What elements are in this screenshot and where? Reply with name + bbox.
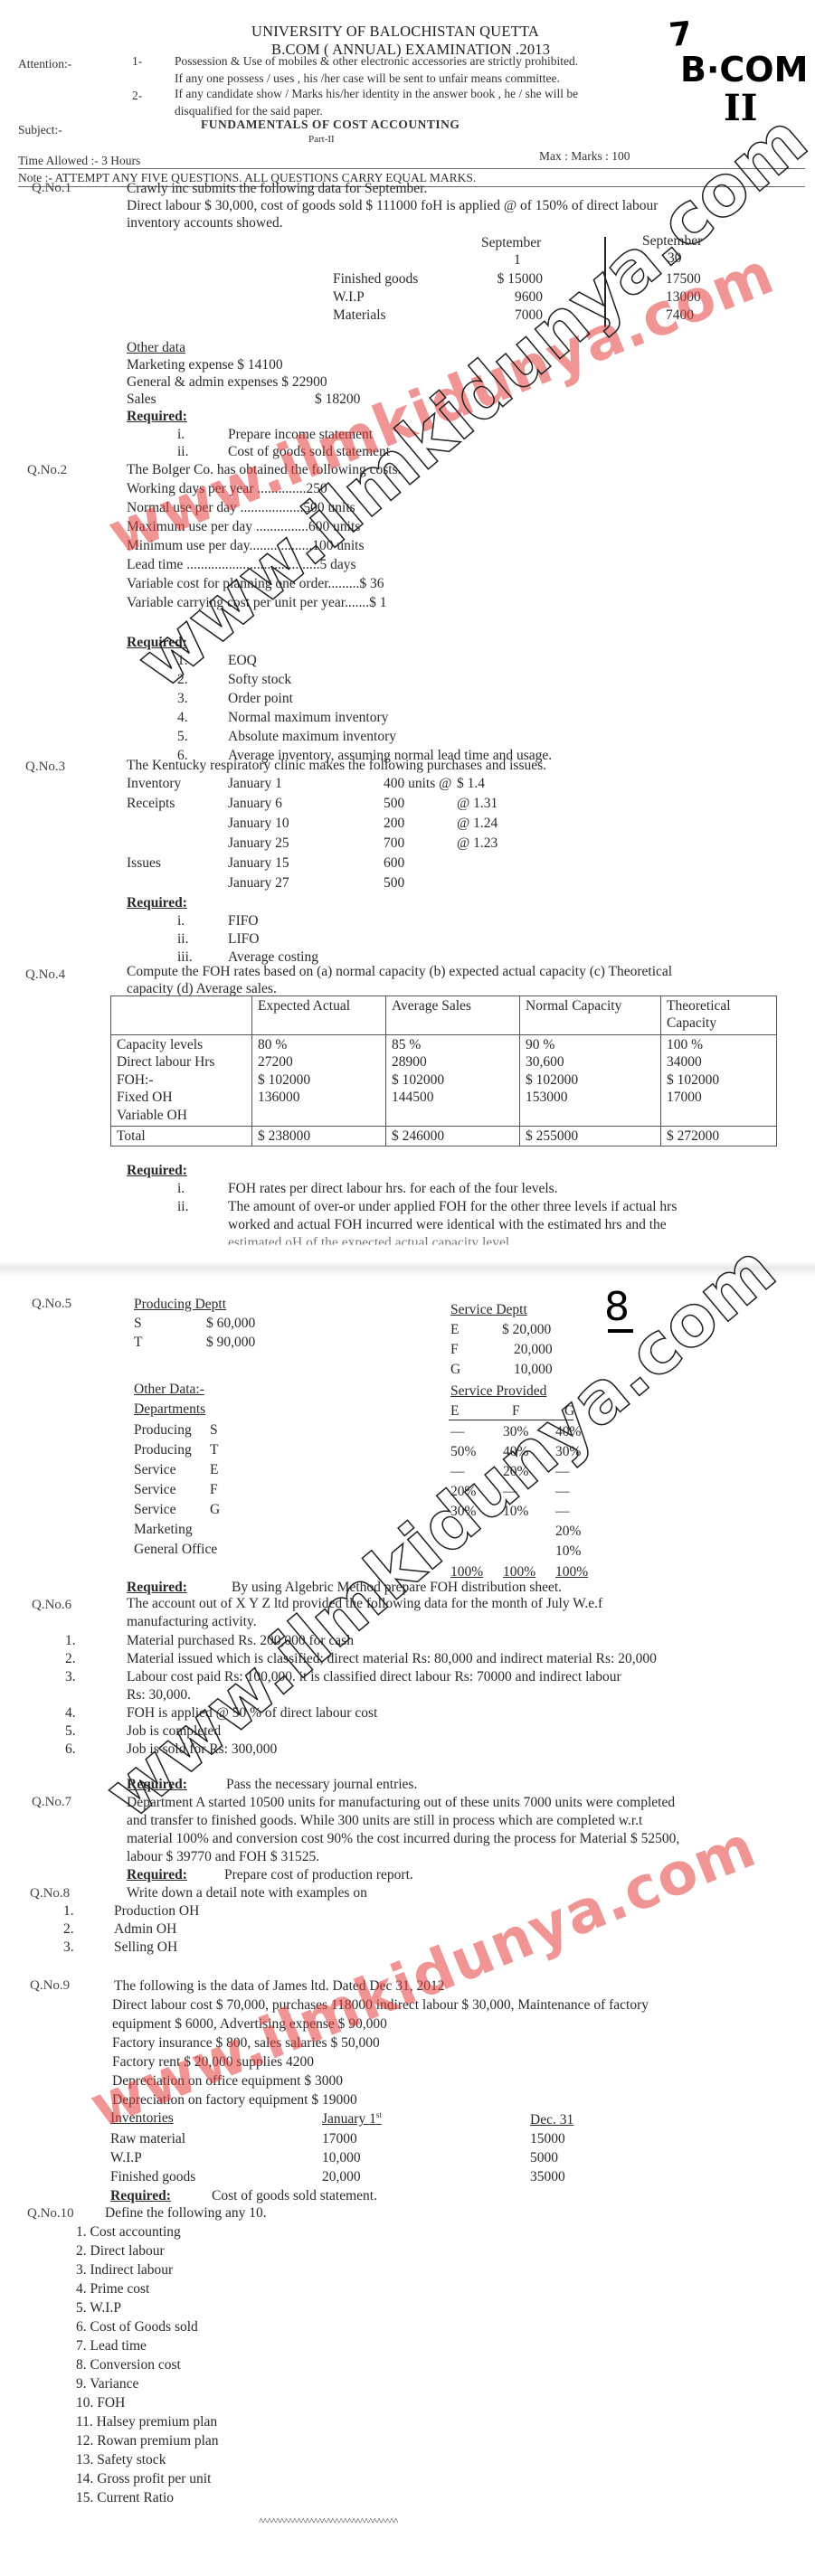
attention-label: Attention:- (18, 57, 71, 71)
q2-label: Q.No.2 (27, 463, 67, 478)
q2-req-num: 5. (177, 729, 188, 745)
q1-other-2: General & admin expenses $ 22900 (127, 374, 327, 391)
q8-label: Q.No.8 (30, 1886, 70, 1901)
q4-total-expected-actual: $ 238000 (252, 1127, 386, 1146)
q9-inv-jan: 17000 (322, 2131, 357, 2147)
q10-term: 3. Indirect labour (76, 2262, 173, 2279)
q4-cell: 34000 (667, 1053, 771, 1071)
q4-req-2-num: ii. (177, 1199, 189, 1215)
q8-item: Selling OH (114, 1939, 177, 1956)
q4-header-average-sales: Average Sales (386, 996, 520, 1035)
q2-req-item: Absolute maximum inventory (228, 729, 396, 745)
q5-service-f-value: 20,000 (514, 1342, 553, 1358)
q3-row-rate: $ 1.4 (457, 776, 485, 792)
attention-1-line-2: If any one possess / uses , his /her cas… (175, 71, 560, 86)
q1-row-label: Materials (333, 307, 386, 324)
q3-row-date: January 6 (228, 796, 282, 812)
q5-provided-cell: — (450, 1424, 465, 1440)
q4-cell: $ 102000 (526, 1071, 655, 1089)
q4-req-2-line-1: The amount of over-or under applied FOH … (228, 1199, 677, 1215)
q5-departments-title: Departments (134, 1401, 205, 1418)
q1-col1-head-2: 1 (514, 252, 521, 269)
q5-provided-cell: 10% (555, 1543, 581, 1560)
q5-producing-t-dept: T (134, 1335, 142, 1351)
q9-required-text: Cost of goods sold statement. (212, 2188, 377, 2204)
q10-term: 11. Halsey premium plan (76, 2414, 217, 2430)
paper-part: Part-II (308, 134, 335, 146)
q3-req-item: FIFO (228, 913, 259, 929)
q4-cell: 85 % (392, 1036, 514, 1053)
q1-row-sep1: $ 15000 (470, 271, 543, 288)
q5-required: Required: (127, 1580, 187, 1596)
q3-row-type: Receipts (127, 796, 175, 812)
q5-provided-total: 100% (555, 1564, 588, 1581)
q3-req-num: ii. (177, 931, 189, 948)
q4-cell: 153000 (526, 1089, 655, 1106)
q4-col-expected-actual: 80 %27200$ 102000136000 (252, 1035, 386, 1127)
q4-cell: 27200 (258, 1053, 380, 1071)
q6-item-num: 3. (65, 1669, 76, 1685)
q4-req-1: FOH rates per direct labour hrs. for eac… (228, 1181, 558, 1197)
q4-req-2-line-3: estimated oH of the expected actual capa… (228, 1235, 513, 1251)
q10-term: 13. Safety stock (76, 2452, 166, 2468)
subject-label: Subject:- (18, 123, 62, 137)
q3-row-type: Issues (127, 855, 161, 872)
q4-header-empty (111, 996, 252, 1035)
q5-dept-name: Service (134, 1462, 175, 1478)
q4-total-theoretical-capacity: $ 272000 (661, 1127, 777, 1146)
q3-row-rate: @ 1.23 (457, 835, 498, 852)
q7-required-text: Prepare cost of production report. (224, 1867, 413, 1883)
max-marks: Max : Marks : 100 (539, 149, 630, 164)
q3-row-date: January 1 (228, 776, 282, 792)
q6-item-num: 5. (65, 1723, 76, 1740)
q4-col-normal-capacity: 90 %30,600$ 102000153000 (520, 1035, 661, 1127)
q3-req-num: i. (177, 913, 185, 929)
q1-req-2-num: ii. (177, 444, 189, 460)
q10-term: 14. Gross profit per unit (76, 2471, 211, 2487)
exam-paper-page: UNIVERSITY OF BALOCHISTAN QUETTA B.COM (… (0, 0, 815, 2576)
q5-provided-cell: — (555, 1504, 570, 1520)
q4-header-normal-capacity: Normal Capacity (520, 996, 661, 1035)
q4-col-average-sales: 85 %28900$ 102000144500 (386, 1035, 520, 1127)
handwritten-page-number: 7 (668, 15, 694, 54)
q9-label: Q.No.9 (30, 1978, 70, 1994)
q4-capacity-table: Expected Actual Average Sales Normal Cap… (110, 995, 777, 1146)
attention-num-2: 2- (132, 89, 142, 103)
q5-service-f-dept: F (450, 1342, 459, 1358)
attention-1-line-1: Possession & Use of mobiles & other elec… (175, 54, 578, 69)
q9-inv-dec: 35000 (530, 2169, 565, 2185)
q3-row-date: January 25 (228, 835, 289, 852)
q8-item: Admin OH (114, 1921, 176, 1938)
q7-required: Required: (127, 1867, 187, 1883)
q10-term: 2. Direct labour (76, 2243, 165, 2260)
q4-header-theoretical-capacity: Theoretical Capacity (661, 996, 777, 1035)
q9-inv-name: W.I.P (110, 2150, 142, 2166)
q6-line-2: manufacturing activity. (127, 1614, 257, 1630)
q10-term: 1. Cost accounting (76, 2224, 181, 2241)
attention-2-line-1: If any candidate show / Marks his/her id… (175, 87, 578, 101)
q4-table-header-row: Expected Actual Average Sales Normal Cap… (111, 996, 777, 1035)
q5-producing-t-value: $ 90,000 (206, 1335, 255, 1351)
q4-cell: 30,600 (526, 1053, 655, 1071)
q4-line-1: Compute the FOH rates based on (a) norma… (127, 964, 672, 980)
q1-col1-head-1: September (481, 235, 541, 251)
q4-row-label: Fixed OH (117, 1089, 246, 1106)
q10-term: 5. W.I.P (76, 2300, 121, 2317)
q9-inv-jan: 20,000 (322, 2169, 361, 2185)
q3-row-qty: 700 (384, 835, 404, 852)
q4-total-average-sales: $ 246000 (386, 1127, 520, 1146)
q3-row-rate: @ 1.24 (457, 816, 498, 832)
q6-required-text: Pass the necessary journal entries. (226, 1777, 417, 1793)
q9-inv-jan: 10,000 (322, 2150, 361, 2166)
q10-term: 6. Cost of Goods sold (76, 2319, 198, 2335)
q5-service-g-value: 10,000 (514, 1362, 553, 1378)
q9-january-sup: st (376, 2110, 382, 2119)
q10-term: 7. Lead time (76, 2338, 147, 2354)
q3-req-item: LIFO (228, 931, 259, 948)
q5-service-provided-title: Service Provided (450, 1383, 546, 1400)
q5-dept-name: Service (134, 1482, 175, 1498)
q7-label: Q.No.7 (32, 1795, 71, 1810)
q3-row-date: January 10 (228, 816, 289, 832)
watermark-outline-2: www.ilmkidunya.com (90, 1229, 791, 1835)
q10-term: 15. Current Ratio (76, 2490, 174, 2506)
q4-row-label: Direct labour Hrs (117, 1053, 246, 1071)
q9-required: Required: (110, 2188, 171, 2204)
q4-req-2-line-2: worked and actual FOH incurred were iden… (228, 1217, 667, 1233)
q6-item-num: 1. (65, 1633, 76, 1649)
attention-2-line-2: disqualified for the said paper. (175, 104, 323, 118)
q5-dept-code: G (210, 1502, 220, 1518)
q4-row-label: Variable OH (117, 1107, 246, 1124)
q6-label: Q.No.6 (32, 1598, 71, 1613)
q1-other-data-title: Other data (127, 340, 185, 356)
q5-dept-code: E (210, 1462, 218, 1478)
q4-total-normal-capacity: $ 255000 (520, 1127, 661, 1146)
q10-label: Q.No.10 (27, 2206, 74, 2222)
q3-row-date: January 27 (228, 875, 289, 892)
q5-dept-code: F (210, 1482, 218, 1498)
q1-line-3: inventory accounts showed. (127, 215, 283, 231)
q3-row-type: Inventory (127, 776, 181, 792)
q9-inv-name: Finished goods (110, 2169, 195, 2185)
q5-dept-name: Service (134, 1502, 175, 1518)
q7-line: labour $ 39770 and FOH $ 31525. (127, 1849, 319, 1865)
q1-line-2: Direct labour $ 30,000, cost of goods so… (127, 198, 658, 214)
q4-cell: 17000 (667, 1089, 771, 1106)
q5-provided-total: 100% (503, 1564, 535, 1581)
q6-item-num: 2. (65, 1651, 76, 1667)
q10-term: 9. Variance (76, 2376, 138, 2392)
q5-producing-title: Producing Deptt (134, 1297, 226, 1313)
q8-item-num: 2. (63, 1921, 74, 1938)
q9-inv-dec: 5000 (530, 2150, 558, 2166)
q10-term: 10. FOH (76, 2395, 125, 2411)
q3-label: Q.No.3 (25, 760, 65, 775)
q5-other-data-title: Other Data:- (134, 1382, 204, 1398)
end-of-paper-mark: ^^^^^^^^^^^^^^^^^^^^^^^^^^^^^^^^^ (259, 2516, 398, 2528)
q7-line: Department A started 10500 units for man… (127, 1795, 675, 1811)
q5-provided-header: E (450, 1403, 459, 1420)
q4-label: Q.No.4 (25, 967, 65, 983)
q4-cell: 28900 (392, 1053, 514, 1071)
q4-cell: 136000 (258, 1089, 380, 1106)
q8-item-num: 1. (63, 1903, 74, 1920)
q1-label: Q.No.1 (32, 181, 71, 196)
time-allowed: Time Allowed :- 3 Hours (18, 154, 140, 168)
q8-intro: Write down a detail note with examples o… (127, 1885, 367, 1901)
q5-dept-name: Marketing (134, 1522, 193, 1538)
q10-term: 8. Conversion cost (76, 2357, 181, 2373)
q5-dept-code: T (210, 1442, 218, 1458)
q1-sales-label: Sales (127, 392, 156, 408)
q4-cell: $ 102000 (258, 1071, 380, 1089)
university-title: UNIVERSITY OF BALOCHISTAN QUETTA (251, 24, 539, 41)
q9-dec-title: Dec. 31 (530, 2112, 573, 2128)
q9-january-title-text: January 1 (322, 2111, 376, 2127)
q1-row-label: W.I.P (333, 289, 365, 306)
q9-january-title: January 1st (322, 2110, 382, 2128)
q4-total-label: Total (111, 1127, 252, 1146)
q6-item-num: 4. (65, 1705, 76, 1722)
q2-req-item: Normal maximum inventory (228, 710, 388, 726)
q10-intro: Define the following any 10. (105, 2205, 267, 2222)
q4-col-theoretical-capacity: 100 %34000$ 10200017000 (661, 1035, 777, 1127)
q4-cell: $ 102000 (392, 1071, 514, 1089)
q1-row-label: Finished goods (333, 271, 418, 288)
q2-req-num: 4. (177, 710, 188, 726)
q7-line: and transfer to finished goods. While 30… (127, 1813, 642, 1829)
q5-service-e-value: $ 20,000 (502, 1322, 551, 1338)
q5-service-e-dept: E (450, 1322, 459, 1338)
q7-line: material 100% and conversion cost 90% th… (127, 1831, 679, 1847)
q6-item-line: Material issued which is classified; dir… (127, 1651, 657, 1667)
q5-provided-cell: 20% (555, 1524, 581, 1540)
q2-req-item: Order point (228, 691, 293, 707)
q4-required: Required: (127, 1163, 187, 1179)
attention-num-1: 1- (132, 54, 142, 69)
q5-label: Q.No.5 (32, 1297, 71, 1312)
q1-line-1: Crawly inc submits the following data fo… (127, 181, 427, 197)
q4-row-label: FOH:- (117, 1071, 246, 1089)
q8-item-num: 3. (63, 1939, 74, 1956)
q6-item-num: 6. (65, 1741, 76, 1758)
q4-row-labels: Capacity levelsDirect labour HrsFOH:-Fix… (111, 1035, 252, 1127)
q3-row-qty: 200 (384, 816, 404, 832)
q3-row-qty: 500 (384, 875, 404, 892)
q5-dept-name: General Office (134, 1542, 217, 1558)
q3-row-qty: 500 (384, 796, 404, 812)
q8-item: Production OH (114, 1903, 199, 1920)
q5-service-g-dept: G (450, 1362, 460, 1378)
q4-cell: 144500 (392, 1089, 514, 1106)
q4-table-total-row: Total $ 238000 $ 246000 $ 255000 $ 27200… (111, 1127, 777, 1146)
q9-inv-dec: 15000 (530, 2131, 565, 2147)
q4-cell: 100 % (667, 1036, 771, 1053)
q3-row-date: January 15 (228, 855, 289, 872)
q3-required: Required: (127, 895, 187, 911)
q5-producing-s-dept: S (134, 1316, 142, 1332)
q3-row-qty: 600 (384, 855, 404, 872)
q4-header-expected-actual: Expected Actual (252, 996, 386, 1035)
q1-other-1: Marketing expense $ 14100 (127, 357, 283, 373)
q1-required: Required: (127, 409, 187, 425)
q4-cell: $ 102000 (667, 1071, 771, 1089)
q4-cell: 80 % (258, 1036, 380, 1053)
subject-name: FUNDAMENTALS OF COST ACCOUNTING (201, 118, 460, 132)
handwritten-class: B·COM (680, 50, 808, 90)
q3-row-rate: @ 1.31 (457, 796, 498, 812)
q4-cell: 90 % (526, 1036, 655, 1053)
q5-dept-code: S (210, 1422, 218, 1439)
q3-row-qty: 400 units @ (384, 776, 451, 792)
q2-req-item: Softy stock (228, 672, 291, 688)
q5-dept-name: Producing (134, 1422, 192, 1439)
q5-service-title: Service Deptt (450, 1302, 527, 1318)
q1-req-1-num: i. (177, 427, 185, 443)
q4-req-1-num: i. (177, 1181, 185, 1197)
q3-intro: The Kentucky respiratory clinic makes th… (127, 758, 546, 774)
q5-dept-name: Producing (134, 1442, 192, 1458)
q4-table-body-row: Capacity levelsDirect labour HrsFOH:-Fix… (111, 1035, 777, 1127)
q10-term: 12. Rowan premium plan (76, 2433, 219, 2449)
q5-producing-s-value: $ 60,000 (206, 1316, 255, 1332)
q4-row-label: Capacity levels (117, 1036, 246, 1053)
q10-term: 4. Prime cost (76, 2281, 149, 2298)
